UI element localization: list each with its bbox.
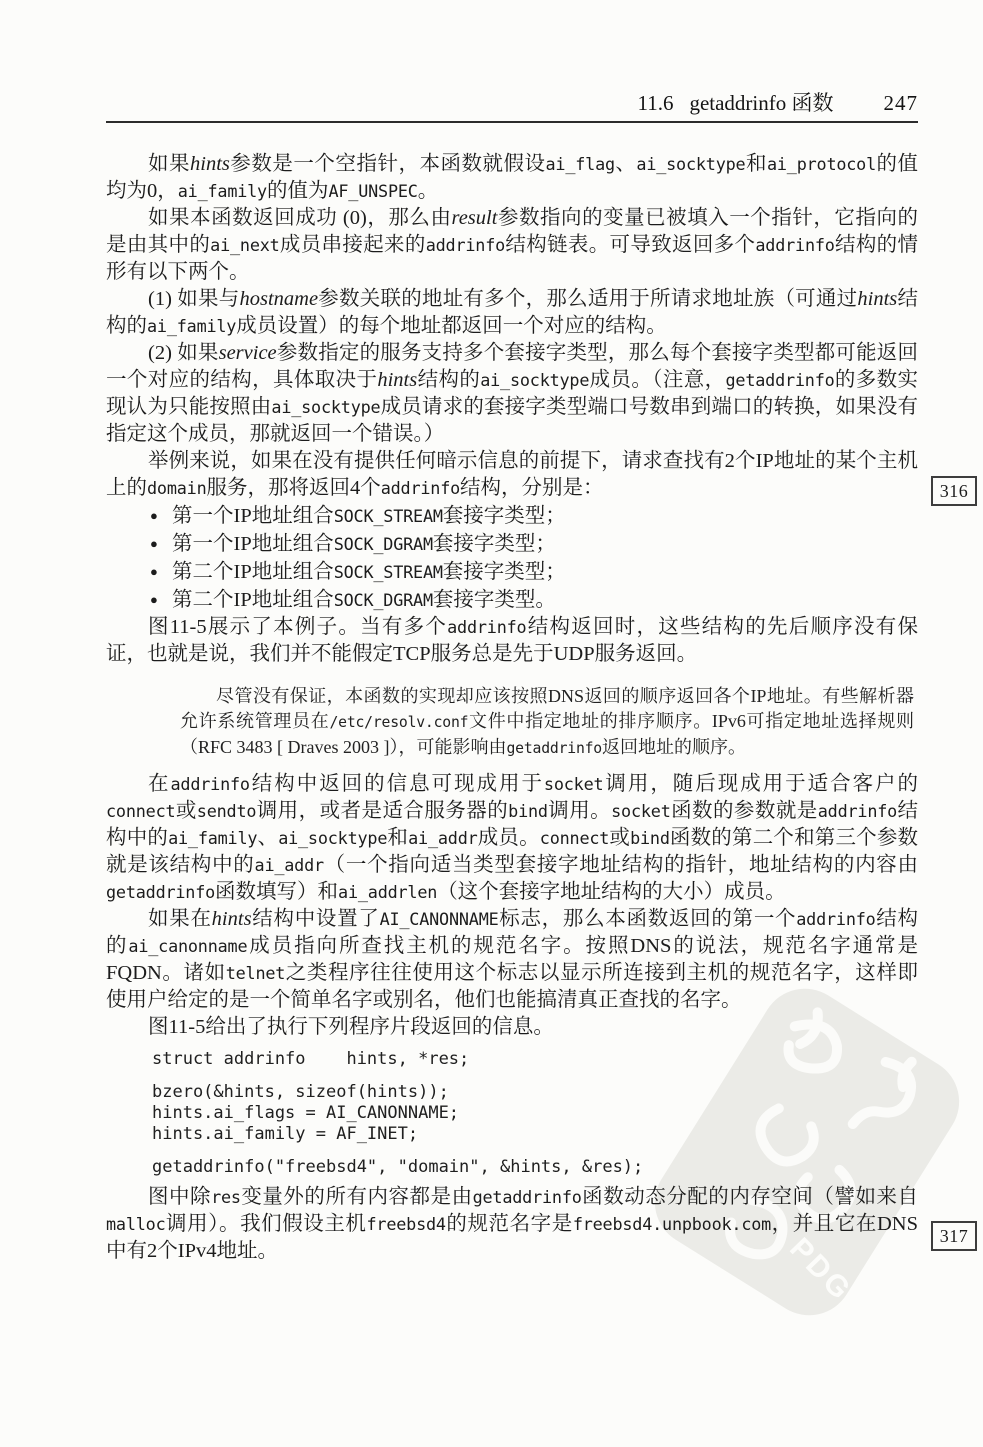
section-number: 11.6 — [637, 90, 673, 116]
text-run: malloc — [106, 1214, 165, 1234]
text-run: telnet — [226, 963, 285, 983]
running-header: 11.6 getaddrinfo 函数 247 — [106, 90, 918, 116]
text-run: addrinfo — [755, 235, 834, 255]
text-run: 调用）。我们假设主机 — [165, 1213, 366, 1235]
text-run: ai_addr — [408, 828, 477, 848]
text-run: 调用，或者是适合服务器的 — [256, 800, 508, 822]
code-line: bzero(&hints, sizeof(hints)); — [152, 1082, 918, 1103]
text-run: SOCK_STREAM — [334, 506, 443, 526]
paragraph-case-2: (2) 如果service参数指定的服务支持多个套接字类型，那么每个套接字类型都… — [106, 340, 918, 448]
text-run: hints — [212, 908, 252, 930]
text-run: 套接字类型； — [443, 561, 566, 583]
text-run: ai_socktype — [480, 370, 589, 390]
bullet-icon: ● — [150, 502, 172, 529]
text-run: 套接字类型； — [433, 533, 556, 555]
book-page: PDG 11.6 getaddrinfo 函数 247 如果hints参数是一个… — [0, 0, 983, 1447]
text-run: domain — [147, 478, 206, 498]
margin-page-marker-316: 316 — [931, 476, 977, 506]
paragraph-example: 举例来说，如果在没有提供任何暗示信息的前提下，请求查找有2个IP地址的某个主机上… — [106, 448, 918, 502]
text-run: ai_addrlen — [338, 882, 437, 902]
text-run: connect — [106, 801, 175, 821]
text-run: 图中除 — [148, 1186, 211, 1208]
margin-page-marker-317: 317 — [931, 1221, 977, 1251]
text-run: ai_family — [178, 181, 267, 201]
text-run: addrinfo — [171, 774, 250, 794]
paragraph-canonname: 如果在hints结构中设置了AI_CANONNAME标志，那么本函数返回的第一个… — [106, 906, 918, 1014]
text-run: addrinfo — [426, 235, 505, 255]
text-run: 标志，那么本函数返回的第一个 — [499, 908, 797, 930]
text-run: ai_socktype — [278, 828, 387, 848]
paragraph-hints-null: 如果hints参数是一个空指针，本函数就假设ai_flag、ai_socktyp… — [106, 151, 918, 205]
text-run: socket — [544, 774, 603, 794]
text-run: getaddrinfo — [726, 370, 835, 390]
code-blank-line — [152, 1070, 918, 1082]
paragraph-figure-order: 图11-5展示了本例子。当有多个addrinfo结构返回时，这些结构的先后顺序没… — [106, 614, 918, 668]
text-run: hostname — [239, 288, 318, 310]
text-run: 函数的参数就是 — [671, 800, 818, 822]
text-run: 成员。 — [478, 827, 540, 849]
text-run: addrinfo — [796, 909, 875, 929]
paragraph-return-success: 如果本函数返回成功 (0)，那么由result参数指向的变量已被填入一个指针，它… — [106, 205, 918, 286]
code-line: struct addrinfo hints, *res; — [152, 1049, 918, 1070]
paragraph-malloc: 图中除res变量外的所有内容都是由getaddrinfo函数动态分配的内存空间（… — [106, 1184, 918, 1265]
code-block: struct addrinfo hints, *res;bzero(&hints… — [152, 1049, 918, 1178]
text-run: 结构中返回的信息可现成用于 — [250, 773, 544, 795]
text-run: 如果本函数返回成功 (0)，那么由 — [148, 207, 451, 229]
text-run: addrinfo — [818, 801, 897, 821]
text-run: getaddrinfo — [106, 882, 215, 902]
text-run: 或 — [609, 827, 630, 849]
text-run: ai_family — [147, 316, 236, 336]
text-run: 图11-5展示了本例子。当有多个 — [148, 616, 447, 638]
text-run: 或 — [175, 800, 196, 822]
bullet-icon: ● — [150, 586, 172, 613]
bullet-icon: ● — [150, 558, 172, 585]
text-run: 成员串接起来的 — [280, 234, 426, 256]
text-run: 和 — [387, 827, 408, 849]
text-run: getaddrinfo — [507, 740, 602, 757]
text-run: 结构链表。可导致返回多个 — [505, 234, 755, 256]
text-run: ai_addr — [255, 855, 324, 875]
bullet-list: ●第一个IP地址组合SOCK_STREAM套接字类型；●第一个IP地址组合SOC… — [106, 502, 918, 614]
text-run: ai_flag — [546, 154, 615, 174]
text-run: ai_socktype — [271, 397, 380, 417]
text-run: (2) 如果 — [148, 342, 219, 364]
text-run: 第一个IP地址组合 — [172, 533, 334, 555]
text-run: bind — [630, 828, 670, 848]
text-run: SOCK_STREAM — [334, 562, 443, 582]
text-run: 第一个IP地址组合 — [172, 505, 334, 527]
text-run: SOCK_DGRAM — [334, 590, 433, 610]
text-run: 和 — [745, 153, 767, 175]
text-run: 第二个IP地址组合 — [172, 589, 334, 611]
text-run: 、 — [615, 153, 637, 175]
text-run: 如果 — [148, 153, 190, 175]
bullet-icon: ● — [150, 530, 172, 557]
text-run: /etc/resolv.conf — [329, 714, 468, 731]
text-run: result — [451, 207, 497, 229]
text-run: 调用。 — [548, 800, 611, 822]
text-run: 参数是一个空指针，本函数就假设 — [230, 153, 546, 175]
text-run: 结构，分别是： — [460, 477, 604, 499]
list-item: ●第一个IP地址组合SOCK_DGRAM套接字类型； — [150, 530, 918, 558]
text-run: connect — [540, 828, 609, 848]
text-run: 、 — [257, 827, 278, 849]
code-line: hints.ai_flags = AI_CANONNAME; — [152, 1103, 918, 1124]
text-run: res — [211, 1187, 241, 1207]
paragraph-figure-intro: 图11-5给出了执行下列程序片段返回的信息。 — [106, 1014, 918, 1041]
text-run: ai_next — [210, 235, 279, 255]
note-paragraph: 尽管没有保证，本函数的实现却应该按照DNS返回的顺序返回各个IP地址。有些解析器… — [180, 684, 914, 761]
text-run: （这个套接字地址结构的大小）成员。 — [437, 881, 786, 903]
text-run: 如果在 — [148, 908, 212, 930]
list-item: ●第二个IP地址组合SOCK_DGRAM套接字类型。 — [150, 586, 918, 614]
text-run: service — [219, 342, 277, 364]
text-run: getaddrinfo — [473, 1187, 582, 1207]
text-run: 函数动态分配的内存空间（譬如来自 — [582, 1186, 918, 1208]
text-run: sendto — [197, 801, 256, 821]
text-run: bind — [508, 801, 548, 821]
text-run: 在 — [148, 773, 170, 795]
text-run: hints — [190, 153, 230, 175]
text-run: ai_canonname — [128, 936, 247, 956]
text-run: socket — [611, 801, 670, 821]
text-run: (1) 如果与 — [148, 288, 239, 310]
text-run: 的规范名字是 — [446, 1213, 573, 1235]
text-run: 套接字类型； — [443, 505, 566, 527]
paragraph-case-1: (1) 如果与hostname参数关联的地址有多个，那么适用于所请求地址族（可通… — [106, 286, 918, 340]
page-content: 11.6 getaddrinfo 函数 247 如果hints参数是一个空指针，… — [106, 0, 918, 1265]
text-run: 服务，那将返回4个 — [206, 477, 380, 499]
text-run: 调用，随后现成用于适合客户的 — [603, 773, 918, 795]
text-run: 图11-5给出了执行下列程序片段返回的信息。 — [148, 1016, 554, 1038]
text-run: hints — [857, 288, 897, 310]
list-item: ●第一个IP地址组合SOCK_STREAM套接字类型； — [150, 502, 918, 530]
header-rule — [106, 121, 918, 123]
section-title: getaddrinfo 函数 — [689, 90, 833, 116]
text-run: 的值为 — [267, 180, 329, 202]
text-run: ai_protocol — [767, 154, 876, 174]
text-run: 。 — [418, 180, 439, 202]
text-run: 结构中设置了 — [252, 908, 380, 930]
text-run: AF_UNSPEC — [328, 181, 417, 201]
text-run: ai_socktype — [636, 154, 745, 174]
code-line: getaddrinfo("freebsd4", "domain", &hints… — [152, 1157, 918, 1178]
code-blank-line — [152, 1145, 918, 1157]
text-run: 函数填写）和 — [215, 881, 338, 903]
text-run: freebsd4.unpbook.com — [573, 1214, 771, 1234]
text-run: hints — [377, 369, 417, 391]
text-run: 变量外的所有内容都是由 — [241, 1186, 473, 1208]
text-run: ai_family — [168, 828, 257, 848]
paragraph-addrinfo-usage: 在addrinfo结构中返回的信息可现成用于socket调用，随后现成用于适合客… — [106, 771, 918, 906]
text-run: addrinfo — [447, 617, 526, 637]
text-run: 参数关联的地址有多个，那么适用于所请求地址族（可通过 — [318, 288, 857, 310]
text-run: freebsd4 — [367, 1214, 446, 1234]
text-run: addrinfo — [381, 478, 460, 498]
list-item: ●第二个IP地址组合SOCK_STREAM套接字类型； — [150, 558, 918, 586]
text-run: 套接字类型。 — [433, 589, 556, 611]
text-run: （一个指向适当类型套接字地址结构的指针，地址结构的内容由 — [324, 854, 918, 876]
text-run: 第二个IP地址组合 — [172, 561, 334, 583]
text-run: 成员设置）的每个地址都返回一个对应的结构。 — [236, 315, 667, 337]
text-run: SOCK_DGRAM — [334, 534, 433, 554]
page-number: 247 — [884, 90, 919, 116]
code-line: hints.ai_family = AF_INET; — [152, 1124, 918, 1145]
text-run: 返回地址的顺序。 — [602, 737, 746, 757]
text-run: 结构的 — [417, 369, 480, 391]
text-run: 成员。（注意， — [589, 369, 725, 391]
text-run: AI_CANONNAME — [380, 909, 499, 929]
